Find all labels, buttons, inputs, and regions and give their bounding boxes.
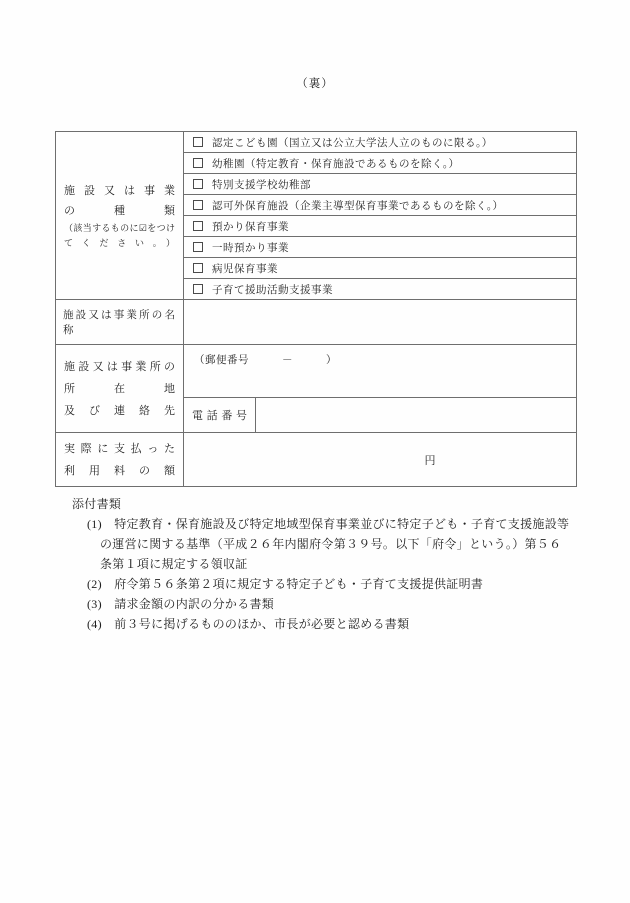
checkbox-unchecked-icon[interactable] <box>193 221 203 231</box>
type-option-cell: 預かり保育事業 <box>184 216 577 237</box>
paid-amount-field[interactable]: 円 <box>184 433 577 487</box>
page-side-label: （裏） <box>0 75 630 91</box>
facility-type-note-line2: てください。） <box>64 236 175 251</box>
facility-name-label: 施設又は事業所の名称 <box>56 307 183 337</box>
type-option-cell: 認定こども園（国立又は公立大学法人立のものに限る。） <box>184 132 577 153</box>
type-option-cell: 子育て援助活動支援事業 <box>184 279 577 300</box>
checkbox-unchecked-icon[interactable] <box>193 242 203 252</box>
facility-name-field[interactable] <box>184 300 577 345</box>
type-option-row[interactable]: 預かり保育事業 <box>184 219 576 234</box>
address-label-line2: 所在地 <box>64 378 175 400</box>
type-option-row[interactable]: 認定こども園（国立又は公立大学法人立のものに限る。） <box>184 135 576 150</box>
payment-label-line2: 利用料の額 <box>64 460 175 482</box>
address-label-line3: 及び連絡先 <box>64 400 175 422</box>
type-option-row[interactable]: 子育て援助活動支援事業 <box>184 282 576 297</box>
attachment-item-1-line3: 条第１項に規定する領収証 <box>100 554 630 574</box>
checkbox-unchecked-icon[interactable] <box>193 284 203 294</box>
type-option-label: 預かり保育事業 <box>212 219 289 234</box>
checkbox-unchecked-icon[interactable] <box>193 200 203 210</box>
type-option-cell: 病児保育事業 <box>184 258 577 279</box>
attachments-section: 添付書類 (1) 特定教育・保育施設及び特定地域型保育事業並びに特定子ども・子育… <box>0 494 630 634</box>
type-option-label: 認定こども園（国立又は公立大学法人立のものに限る。） <box>212 135 493 150</box>
type-option-cell: 一時預かり事業 <box>184 237 577 258</box>
application-form-table: 施設又は事業 の種類 （該当するものに☑をつけ てください。） 認定こども園（国… <box>55 131 577 487</box>
checkbox-unchecked-icon[interactable] <box>193 158 203 168</box>
document-page: （裏） 施設又は事業 の種類 （該当するものに☑をつけ てください。） 認定こど… <box>0 0 630 903</box>
checkbox-unchecked-icon[interactable] <box>193 137 203 147</box>
address-field[interactable]: （郵便番号 － ） <box>184 345 577 398</box>
type-option-row[interactable]: 特別支援学校幼稚部 <box>184 177 576 192</box>
type-option-row[interactable]: 認可外保育施設（企業主導型保育事業であるものを除く。） <box>184 198 576 213</box>
payment-label-line1: 実際に支払った <box>64 438 175 460</box>
type-option-row[interactable]: 病児保育事業 <box>184 261 576 276</box>
type-option-cell: 認可外保育施設（企業主導型保育事業であるものを除く。） <box>184 195 577 216</box>
phone-label-cell: 電話番号 <box>184 398 256 433</box>
postal-code-label: （郵便番号 － ） <box>184 345 576 367</box>
attachment-item-2: (2) 府令第５６条第２項に規定する特定子ども・子育て支援提供証明書 <box>87 574 630 594</box>
type-option-row[interactable]: 幼稚園（特定教育・保育施設であるものを除く。） <box>184 156 576 171</box>
type-option-label: 特別支援学校幼稚部 <box>212 177 311 192</box>
type-option-label: 認可外保育施設（企業主導型保育事業であるものを除く。） <box>212 198 504 213</box>
type-option-label: 子育て援助活動支援事業 <box>212 282 333 297</box>
facility-name-label-cell: 施設又は事業所の名称 <box>56 300 184 345</box>
facility-type-header-line1: 施設又は事業 <box>64 181 175 201</box>
checkbox-unchecked-icon[interactable] <box>193 179 203 189</box>
type-option-cell: 幼稚園（特定教育・保育施設であるものを除く。） <box>184 153 577 174</box>
attachment-item-3: (3) 請求金額の内訳の分かる書類 <box>87 594 630 614</box>
facility-type-header-cell: 施設又は事業 の種類 （該当するものに☑をつけ てください。） <box>56 132 184 300</box>
phone-label: 電話番号 <box>184 407 255 423</box>
type-option-label: 病児保育事業 <box>212 261 278 276</box>
address-label-line1: 施設又は事業所の <box>64 356 175 378</box>
facility-type-header-line2: の種類 <box>64 201 175 221</box>
payment-label-cell: 実際に支払った 利用料の額 <box>56 433 184 487</box>
attachments-title: 添付書類 <box>72 494 630 514</box>
attachment-item-1-line1: (1) 特定教育・保育施設及び特定地域型保育事業並びに特定子ども・子育て支援施設… <box>87 514 630 534</box>
yen-unit-label: 円 <box>425 455 436 467</box>
type-option-row[interactable]: 一時預かり事業 <box>184 240 576 255</box>
attachment-item-1-line2: の運営に関する基準（平成２６年内閣府令第３９号。以下「府令」という。）第５６ <box>100 534 630 554</box>
phone-number-field[interactable] <box>256 398 577 433</box>
address-header-cell: 施設又は事業所の 所在地 及び連絡先 <box>56 345 184 433</box>
type-option-cell: 特別支援学校幼稚部 <box>184 174 577 195</box>
type-option-label: 幼稚園（特定教育・保育施設であるものを除く。） <box>212 156 460 171</box>
checkbox-unchecked-icon[interactable] <box>193 263 203 273</box>
type-option-label: 一時預かり事業 <box>212 240 289 255</box>
attachment-item-4: (4) 前３号に掲げるもののほか、市長が必要と認める書類 <box>87 614 630 634</box>
facility-type-note-line1: （該当するものに☑をつけ <box>64 221 175 236</box>
